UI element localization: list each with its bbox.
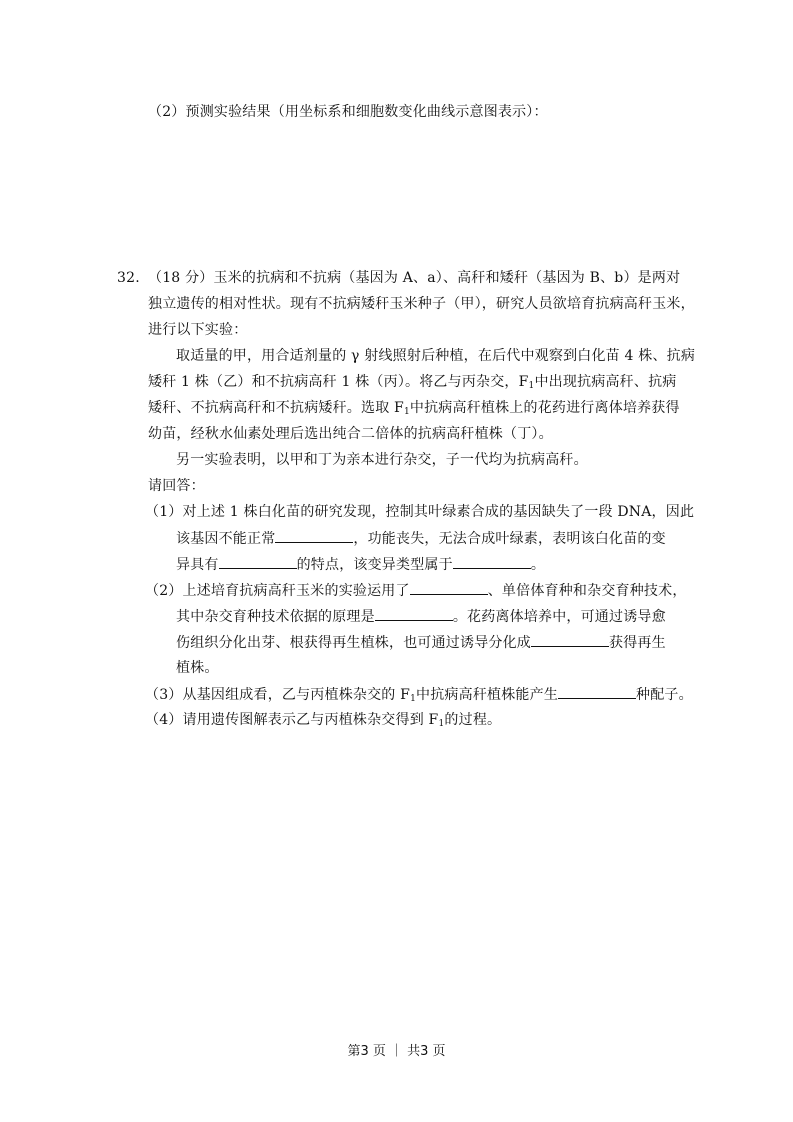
text: （3）从基因组成看，乙与丙植株杂交的 F (145, 687, 410, 703)
question-32-intro-line2: 独立遗传的相对性状。现有不抗病矮秆玉米种子（甲），研究人员欲培育抗病高秆玉米， (148, 294, 695, 314)
answer-blank[interactable] (275, 528, 353, 543)
sub2-line3: 伤组织分化出芽、根获得再生植株，也可通过诱导分化成获得再生 (176, 632, 666, 653)
text: 的过程。 (444, 712, 501, 728)
question-32-intro-line3: 进行以下实验： (148, 320, 247, 340)
text: 矮秆 1 株（乙）和不抗病高秆 1 株（丙）。将乙与丙杂交，F (148, 374, 529, 390)
paragraph1-line4: 幼苗，经秋水仙素处理后选出纯合二倍体的抗病高秆植株（丁）。 (148, 424, 553, 444)
text: 中抗病高秆植株能产生 (416, 687, 558, 703)
sub3: （3）从基因组成看，乙与丙植株杂交的 F1中抗病高秆植株能产生种配子。 (145, 684, 693, 709)
sub2-line4: 植株。 (176, 658, 219, 678)
question-number: 32. (117, 268, 148, 288)
sub2-line2: 其中杂交育种技术依据的原理是。花药离体培养中，可通过诱导愈 (176, 606, 666, 627)
text: 该基因不能正常 (176, 531, 275, 547)
text: 获得再生 (609, 635, 666, 651)
text: 、单倍体育种和杂交育种技术， (488, 583, 687, 599)
intro-text: （18 分）玉米的抗病和不抗病（基因为 A、a）、高秆和矮秆（基因为 B、b）是… (148, 270, 680, 286)
text: 。花药离体培养中，可通过诱导愈 (453, 609, 666, 625)
answer-blank[interactable] (531, 632, 609, 647)
paragraph1-line1: 取适量的甲，用合适剂量的 γ 射线照射后种植，在后代中观察到白化苗 4 株、抗病 (176, 346, 695, 366)
sub2-line1: （2）上述培育抗病高秆玉米的实验运用了、单倍体育种和杂交育种技术， (145, 580, 687, 601)
sub1-line1: （1）对上述 1 株白化苗的研究发现，控制其叶绿素合成的基因缺失了一段 DNA，… (145, 502, 694, 522)
answer-blank[interactable] (410, 580, 488, 595)
ask-prompt: 请回答： (148, 476, 205, 496)
text: 矮秆、不抗病高秆和不抗病矮秆。选取 F (148, 400, 404, 416)
paragraph1-line3: 矮秆、不抗病高秆和不抗病矮秆。选取 F1中抗病高秆植株上的花药进行离体培养获得 (148, 398, 680, 422)
paragraph2: 另一实验表明，以甲和丁为亲本进行杂交，子一代均为抗病高秆。 (176, 450, 588, 470)
paragraph1-line2: 矮秆 1 株（乙）和不抗病高秆 1 株（丙）。将乙与丙杂交，F1中出现抗病高秆、… (148, 372, 676, 396)
text: 伤组织分化出芽、根获得再生植株，也可通过诱导分化成 (176, 635, 531, 651)
text: 。 (531, 557, 545, 573)
question-32-intro-line1: 32.（18 分）玉米的抗病和不抗病（基因为 A、a）、高秆和矮秆（基因为 B、… (117, 268, 680, 288)
page-footer: 第3 页 ｜ 共3 页 (0, 1040, 793, 1059)
text: 的特点，该变异类型属于 (297, 557, 453, 573)
sub1-line3: 异具有的特点，该变异类型属于。 (176, 554, 545, 575)
answer-blank[interactable] (453, 554, 531, 569)
answer-blank[interactable] (558, 684, 636, 699)
text: 中出现抗病高秆、抗病 (534, 374, 676, 390)
text: （4）请用遗传图解表示乙与丙植株杂交得到 F (145, 712, 438, 728)
text: 中抗病高秆植株上的花药进行离体培养获得 (410, 400, 680, 416)
prev-question-part2: （2）预测实验结果（用坐标系和细胞数变化曲线示意图表示）： (148, 102, 548, 122)
answer-blank[interactable] (219, 554, 297, 569)
sub1-line2: 该基因不能正常，功能丧失，无法合成叶绿素，表明该白化苗的变 (176, 528, 666, 549)
sub4: （4）请用遗传图解表示乙与丙植株杂交得到 F1的过程。 (145, 710, 501, 734)
text: 种配子。 (636, 687, 693, 703)
answer-blank[interactable] (375, 606, 453, 621)
text: ，功能丧失，无法合成叶绿素，表明该白化苗的变 (353, 531, 665, 547)
text: 其中杂交育种技术依据的原理是 (176, 609, 375, 625)
text: （2）上述培育抗病高秆玉米的实验运用了 (145, 583, 410, 599)
text: 异具有 (176, 557, 219, 573)
